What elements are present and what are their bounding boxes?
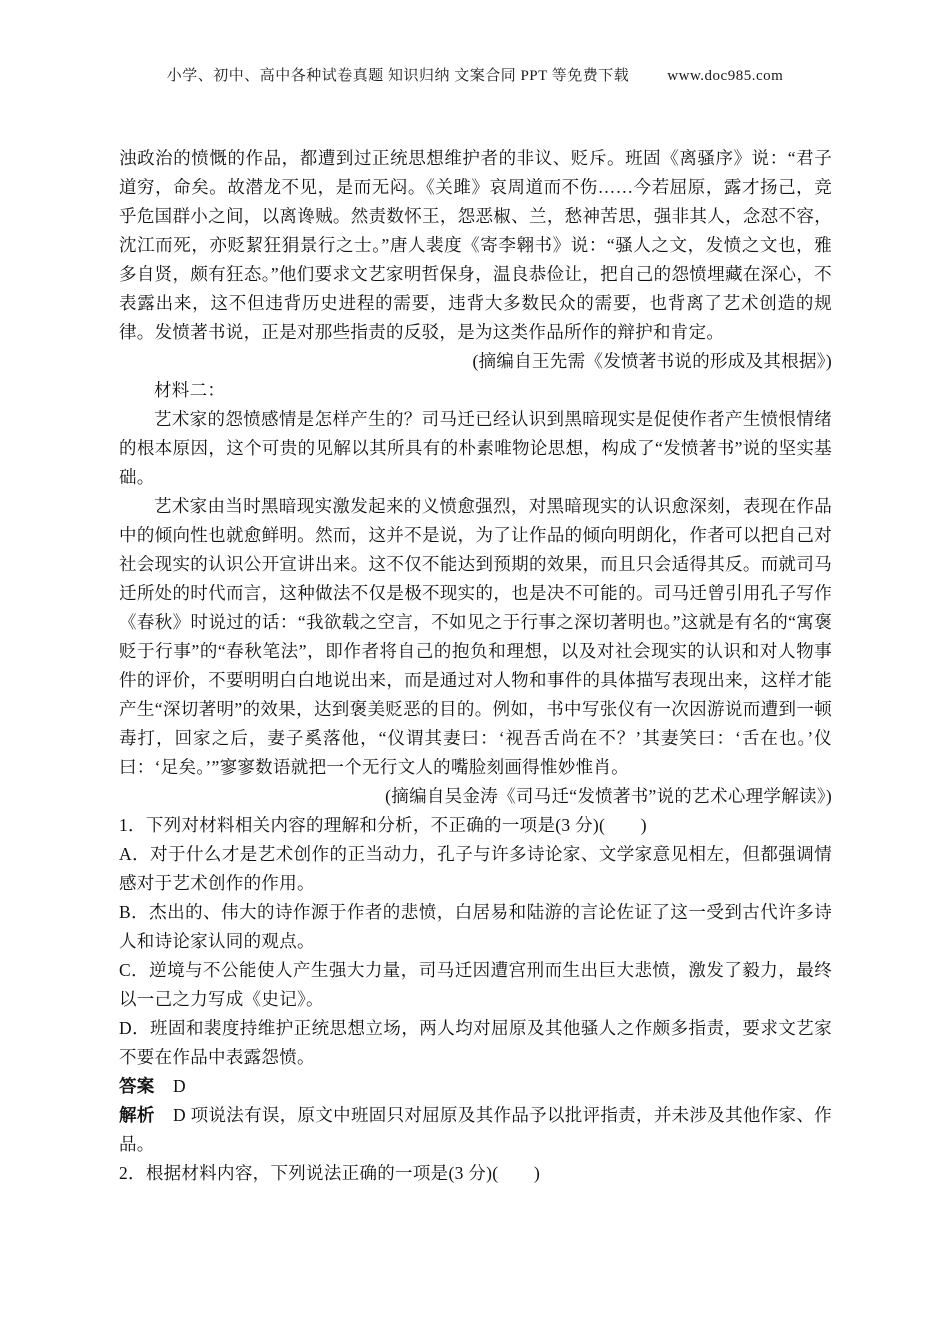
answer-value: D — [173, 1076, 186, 1096]
site-header: 小学、初中、高中各种试卷真题 知识归纳 文案合同 PPT 等免费下载 www.d… — [0, 0, 950, 86]
analysis-text: D 项说法有误，原文中班固只对屈原及其作品予以批评指责，并未涉及其他作家、作品。 — [119, 1105, 832, 1154]
scanned-exam-page: 小学、初中、高中各种试卷真题 知识归纳 文案合同 PPT 等免费下载 www.d… — [0, 0, 950, 1344]
material1-paragraph: 浊政治的愤慨的作品，都遭到过正统思想维护者的非议、贬斥。班固《离骚序》说：“君子… — [119, 144, 832, 347]
material2-paragraph-1: 艺术家的怨愤感情是怎样产生的？司马迁已经认识到黑暗现实是促使作者产生愤恨情绪的根… — [119, 405, 832, 492]
question-1-option-c: C．逆境与不公能使人产生强大力量，司马迁因遭宫刑而生出巨大悲愤，激发了毅力，最终… — [119, 956, 832, 1014]
material2-source-attribution: (摘编自吴金涛《司马迁“发愤著书”说的艺术心理学解读》) — [119, 782, 832, 811]
question-2-stem: 2．根据材料内容，下列说法正确的一项是(3 分)( ) — [119, 1159, 832, 1188]
question-1-option-b: B．杰出的、伟大的诗作源于作者的悲愤，白居易和陆游的言论佐证了这一受到古代许多诗… — [119, 898, 832, 956]
question-1-option-a: A．对于什么才是艺术创作的正当动力，孔子与许多诗论家、文学家意见相左，但都强调情… — [119, 840, 832, 898]
material2-heading: 材料二： — [119, 376, 832, 405]
material2-paragraph-2: 艺术家由当时黑暗现实激发起来的义愤愈强烈，对黑暗现实的认识愈深刻，表现在作品中的… — [119, 492, 832, 782]
question-1-analysis-line: 解析D 项说法有误，原文中班固只对屈原及其作品予以批评指责，并未涉及其他作家、作… — [119, 1101, 832, 1159]
question-1-option-d: D．班固和裴度持维护正统思想立场，两人均对屈原及其他骚人之作颇多指责，要求文艺家… — [119, 1014, 832, 1072]
header-site-url: www.doc985.com — [667, 66, 783, 86]
question-1-answer-line: 答案D — [119, 1072, 832, 1101]
question-1-stem: 1．下列对材料相关内容的理解和分析，不正确的一项是(3 分)( ) — [119, 811, 832, 840]
header-promo-text: 小学、初中、高中各种试卷真题 知识归纳 文案合同 PPT 等免费下载 — [167, 66, 630, 86]
material1-source-attribution: (摘编自王先需《发愤著书说的形成及其根据》) — [119, 347, 832, 376]
analysis-label: 解析 — [119, 1105, 155, 1125]
document-body: 浊政治的愤慨的作品，都遭到过正统思想维护者的非议、贬斥。班固《离骚序》说：“君子… — [119, 144, 832, 1188]
answer-label: 答案 — [119, 1076, 155, 1096]
